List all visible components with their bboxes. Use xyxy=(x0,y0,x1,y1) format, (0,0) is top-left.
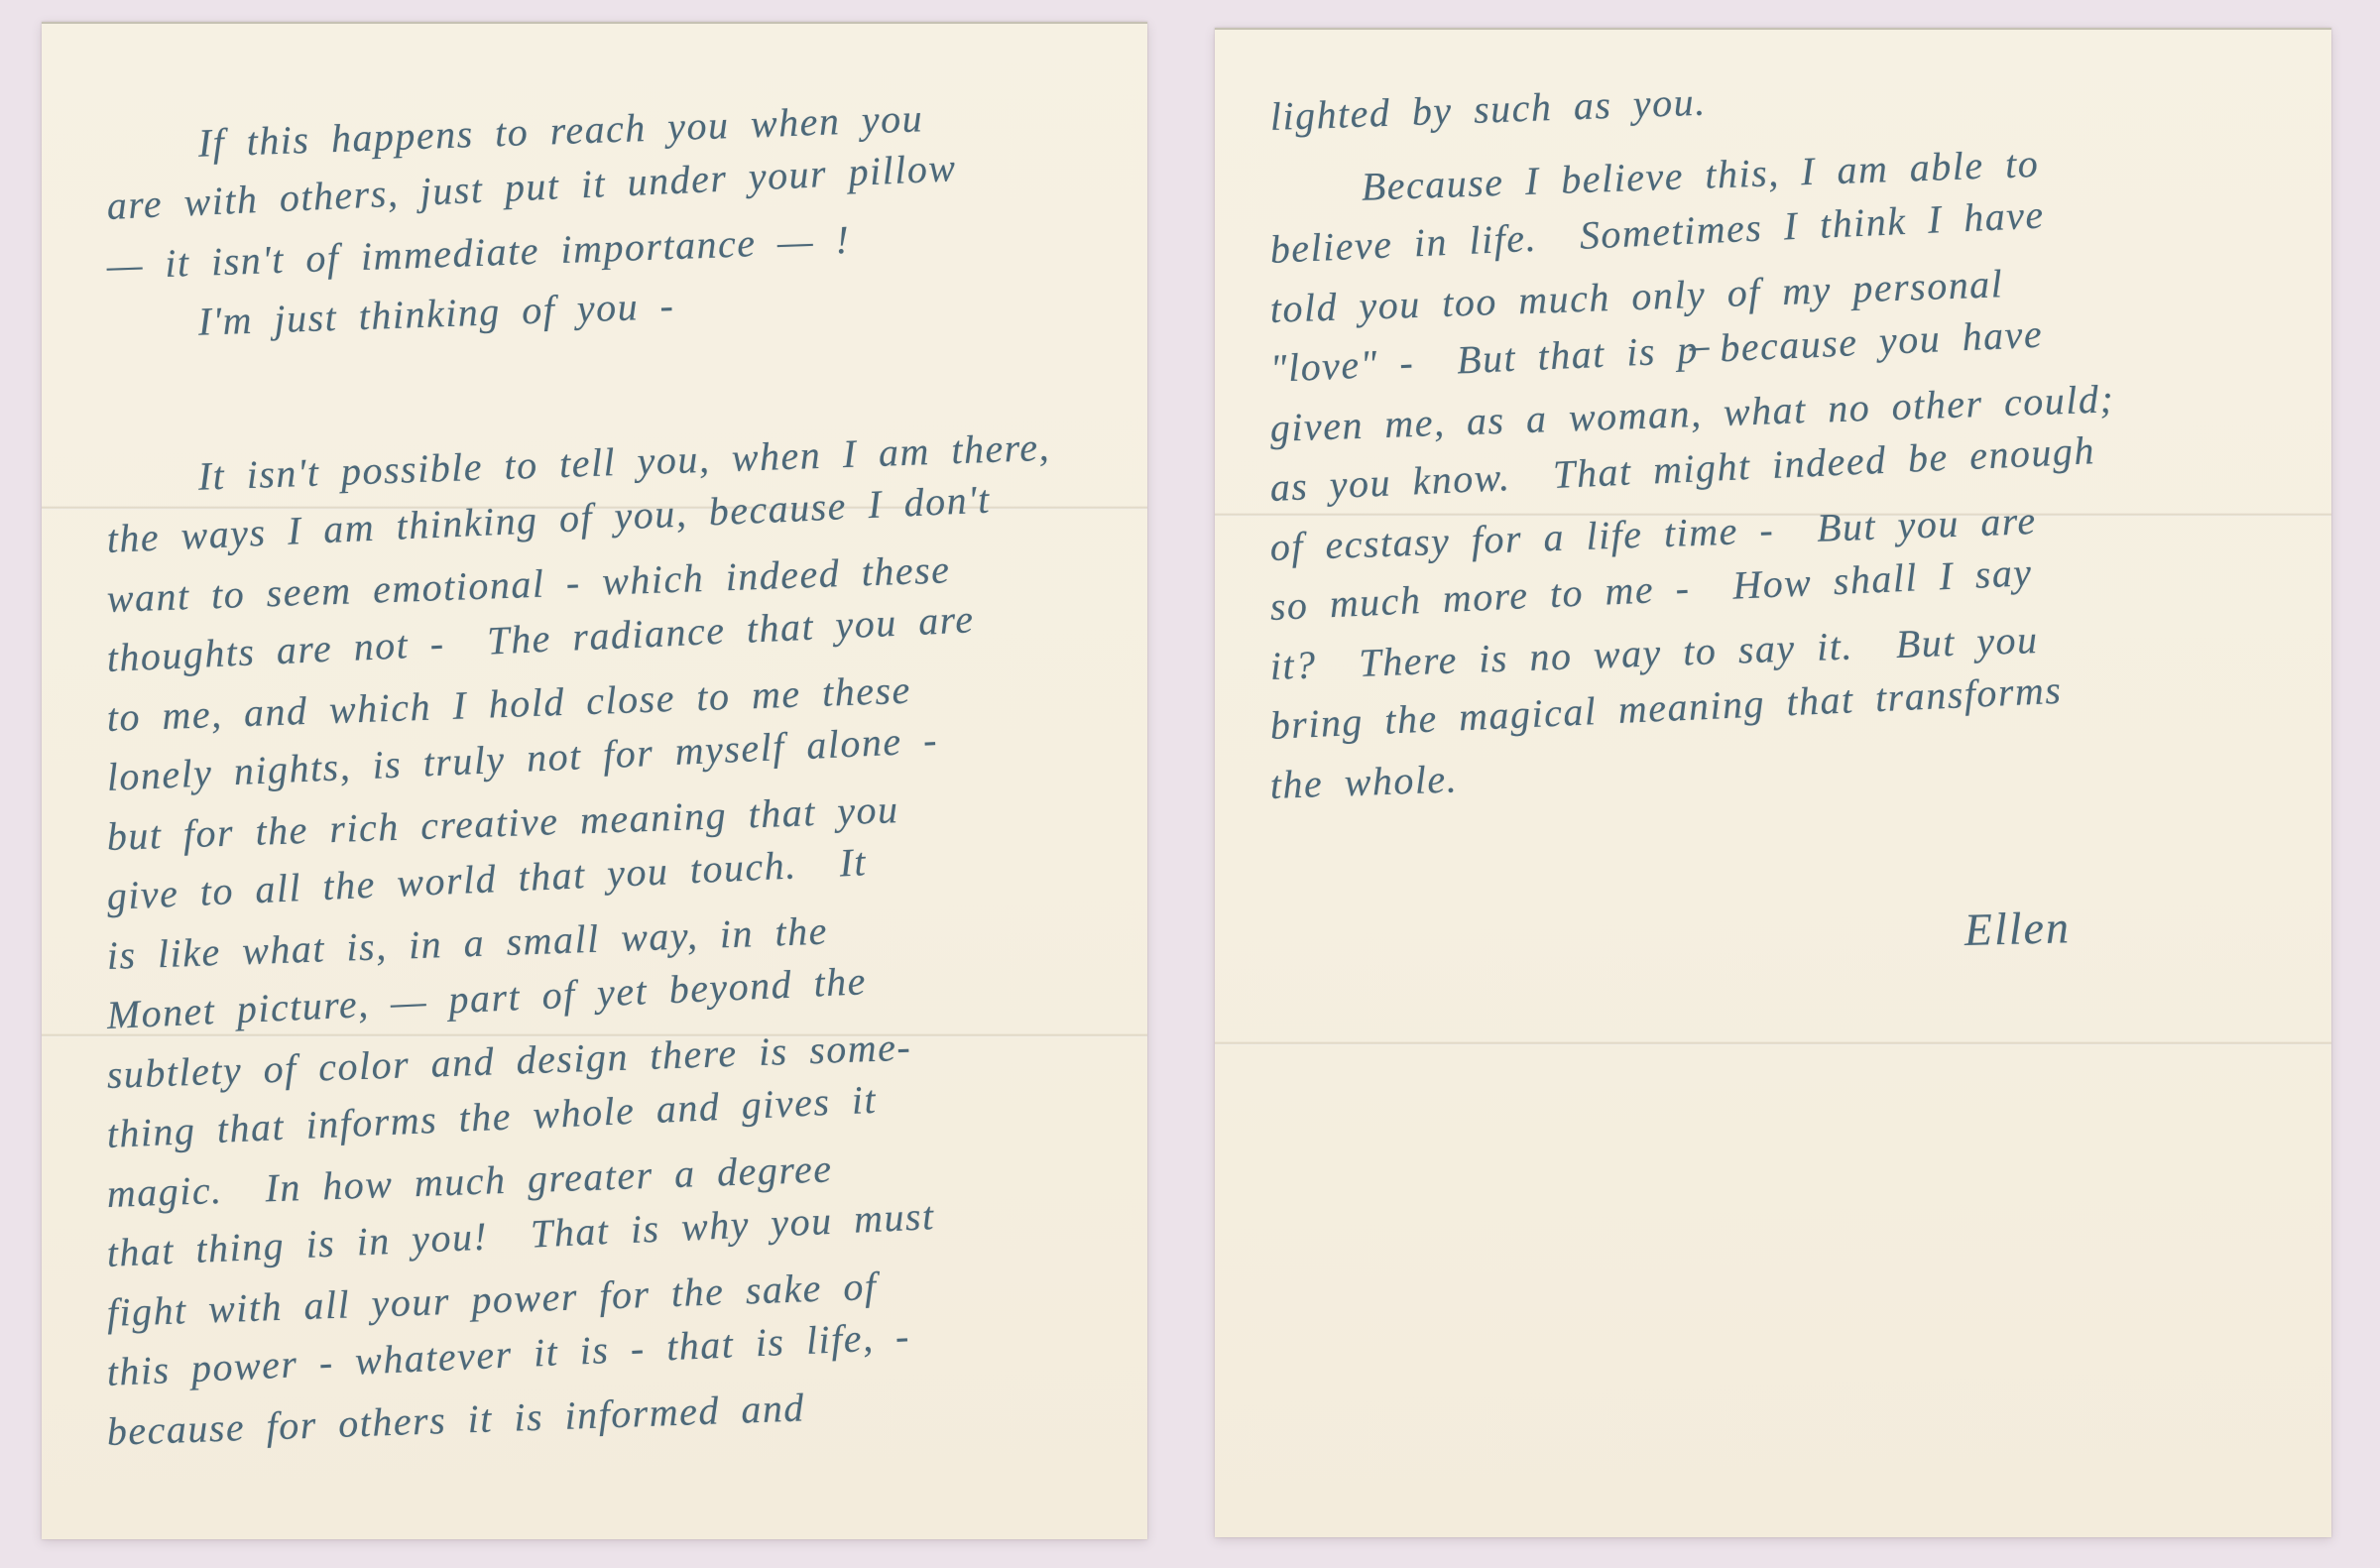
paragraph: It isn't possible to tell you, when I am… xyxy=(107,450,1110,1462)
signature: Ellen xyxy=(1963,890,2295,962)
paragraph: I'm just thinking of you - xyxy=(107,296,1110,355)
page-2-content: lighted by such as you.Because I believe… xyxy=(1215,28,2331,1537)
page-1-paragraphs: If this happens to reach you when youare… xyxy=(107,117,1110,1462)
page-1-content: If this happens to reach you when youare… xyxy=(42,22,1147,1539)
paragraph: Because I believe this, I am able tobeli… xyxy=(1270,161,2294,815)
letter-page-1: If this happens to reach you when youare… xyxy=(42,22,1147,1539)
letter-scan: If this happens to reach you when youare… xyxy=(0,0,2380,1568)
page-2-paragraphs: lighted by such as you.Because I believe… xyxy=(1270,87,2294,815)
letter-page-2: lighted by such as you.Because I believe… xyxy=(1215,28,2331,1537)
